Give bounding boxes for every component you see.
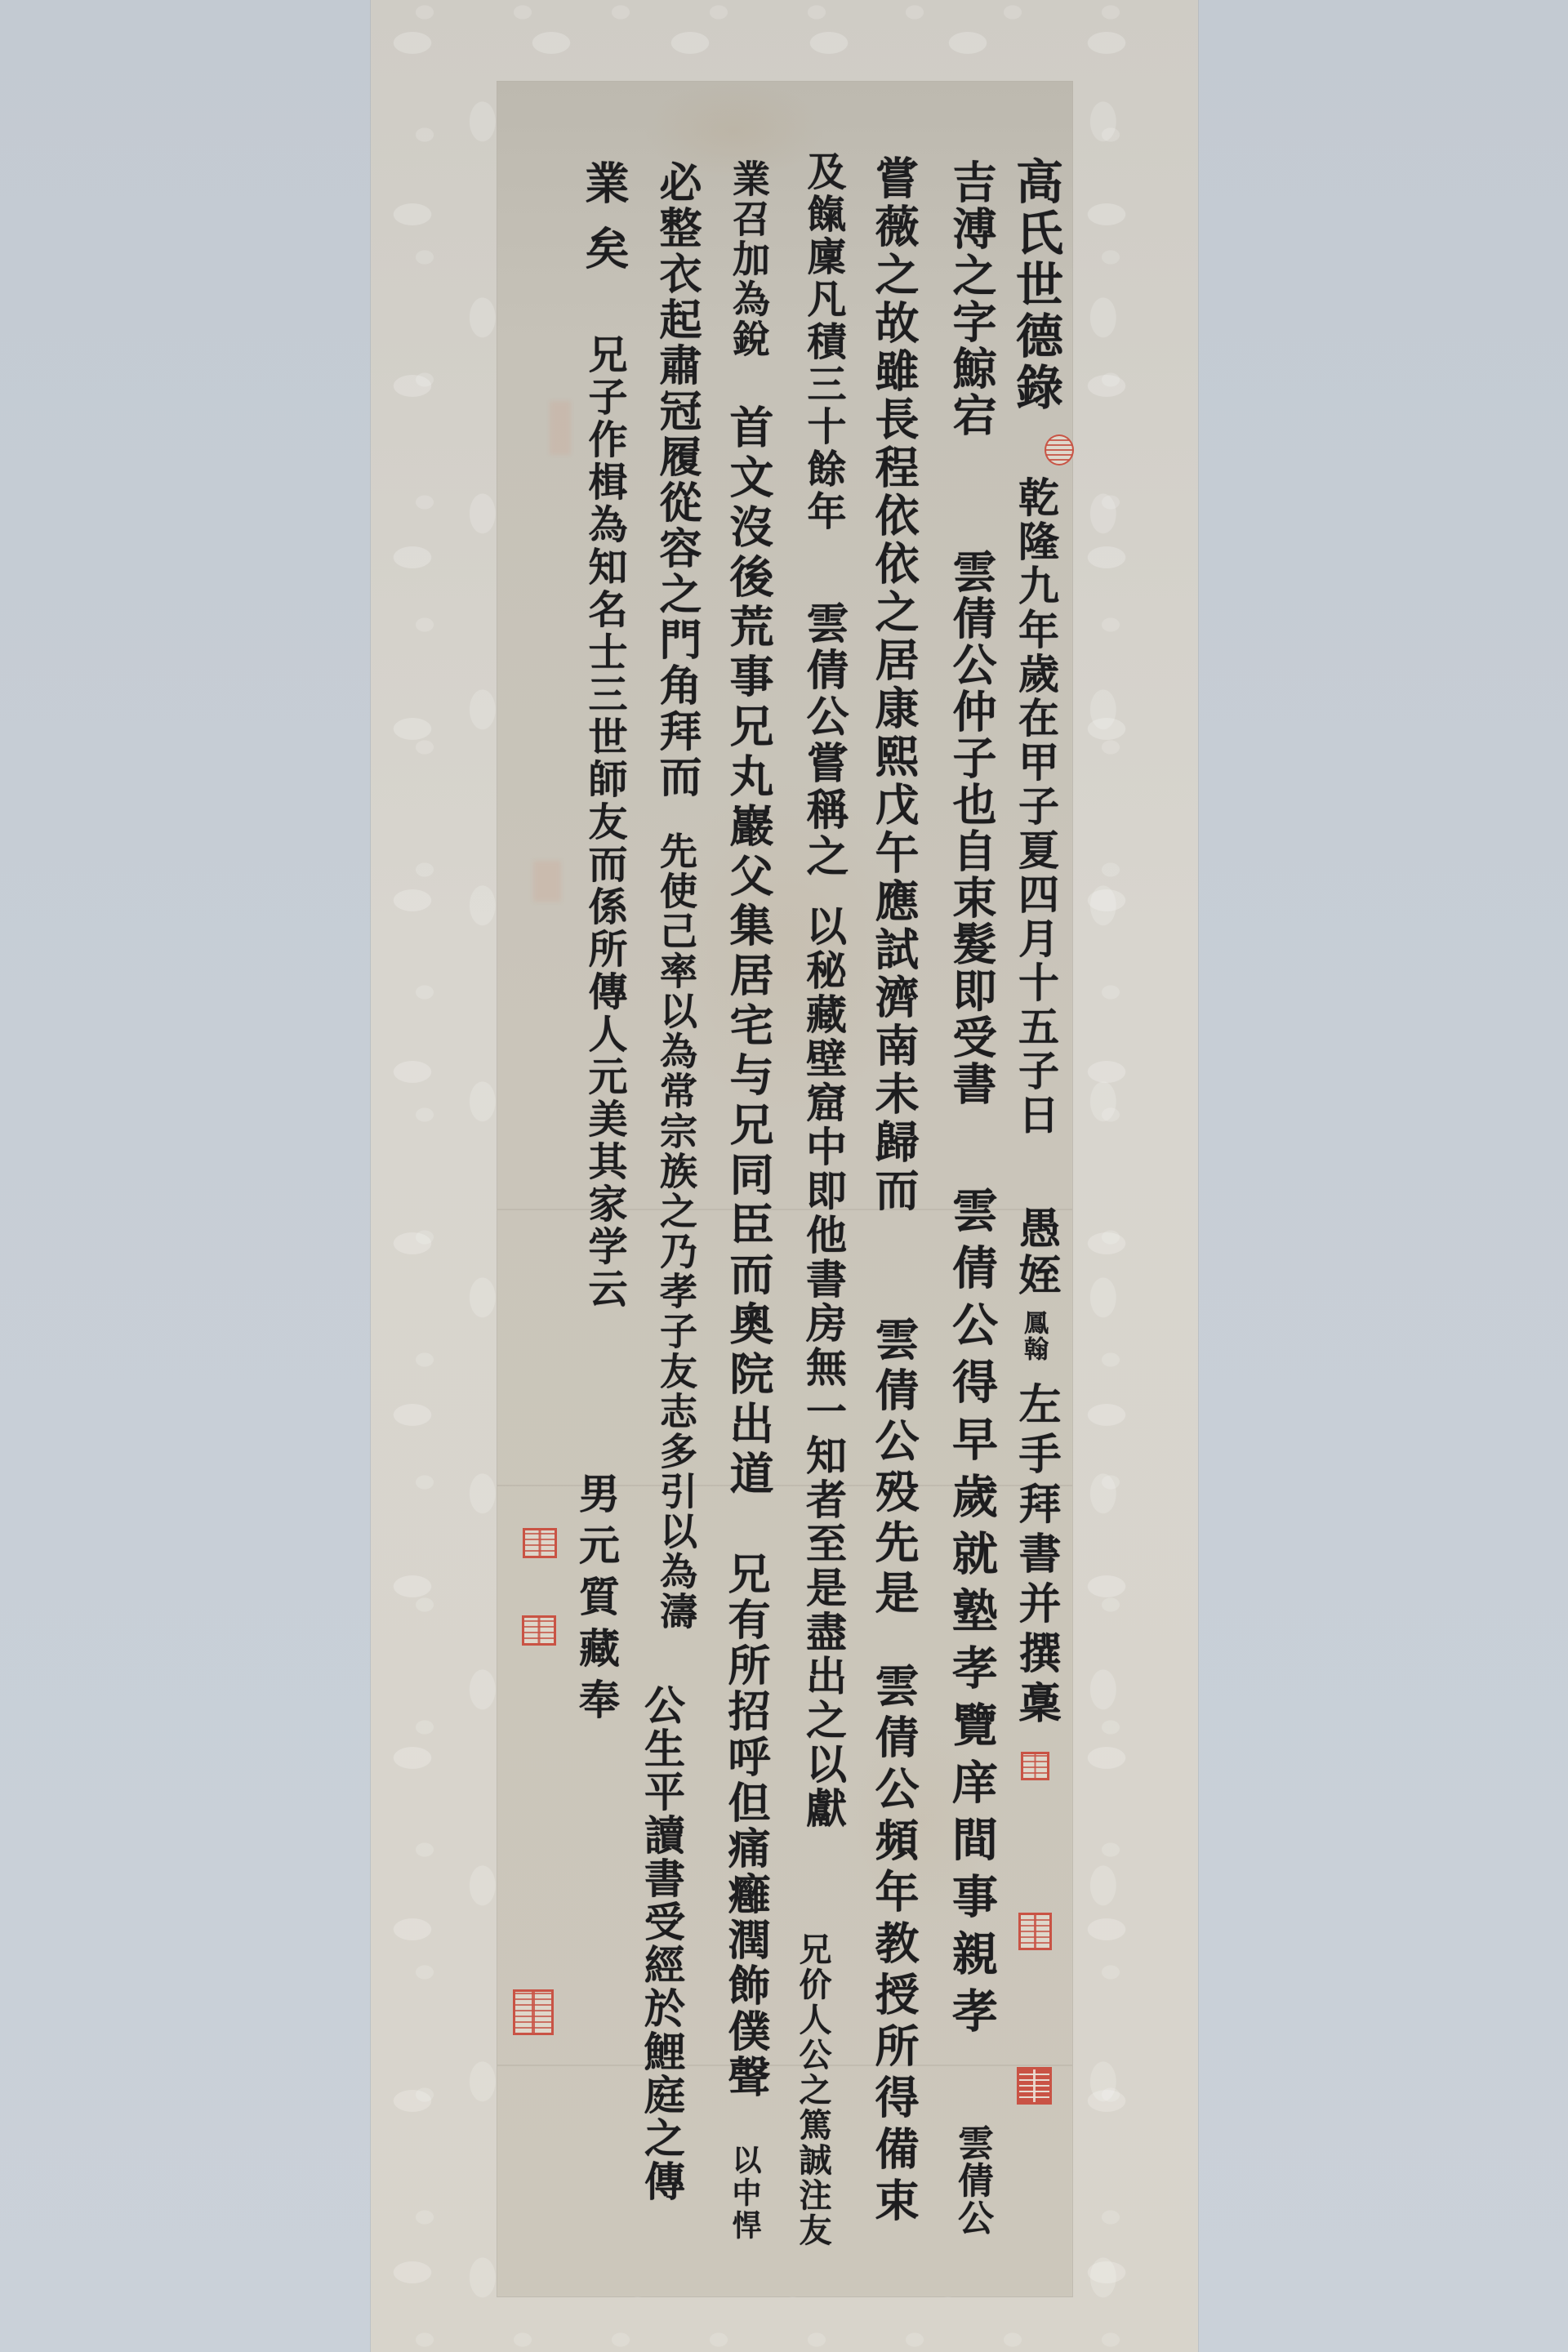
column-1-author-relation: 愚姪 [1014,1206,1057,1299]
column-1-author-name-small: 鳳翰 [1021,1310,1045,1362]
colophon-seal-2 [522,1615,556,1646]
column-6-segment-3: 公生平讀書受經於鯉庭之傳 [641,1684,682,2203]
column-6-segment-2: 先使己率以為常宗族之乃孝子友志多引以為濤 [657,831,695,1632]
column-5-segment-4-small: 以中悍 [730,2145,759,2243]
column-1-signature-line: 左手拜書并撰稾 [1014,1382,1057,1731]
column-3-segment-1: 嘗薇之故雖長程依依之居康熙戊午應試濟南未歸而 [872,155,916,1215]
column-2-segment-3: 雲倩公得早歲就塾孝覽庠間事親孝 [949,1187,995,2044]
column-1-date-line: 乾隆九年歲在甲子夏四月十五子日 [1015,476,1056,1138]
column-4-segment-3: 以秘藏壁窟中即他書房無一知者至是盡出之以獻 [803,905,844,1831]
column-7-segment-1: 業矣 [582,160,626,291]
column-2-segment-4: 雲倩公 [954,2124,990,2237]
column-3-segment-3: 雲倩公頻年教授所得備束 [872,1663,916,2229]
column-7-segment-2: 兄子作楫為知名士三世師友而係所傳人元美其家学云 [585,334,624,1311]
column-2-segment-1: 吉溥之字鯨宕 [950,159,994,439]
collector-seal [513,1989,554,2035]
column-3-segment-2: 雲倩公殁先是 [872,1316,916,1620]
seal-below-signature-3 [1017,2067,1052,2105]
column-4-segment-4: 兄价人公之篤誠注友 [796,1932,829,2248]
faded-seal-offset [533,861,561,902]
colophon-seal-1 [523,1528,557,1558]
seal-below-signature-1 [1021,1752,1049,1780]
column-2-segment-2: 雲倩公仲子也自束髮即受書 [950,549,994,1107]
seal-below-signature-2 [1018,1913,1052,1950]
round-seal-after-title [1045,434,1074,465]
colophon: 男元質藏奉 [576,1472,617,1730]
column-6-segment-1: 必整衣起肅冠履從容之門角拜而 [655,160,697,800]
column-5-segment-2: 首文沒後荒事兄丸巖父集居宅与兄同臣而奧院出道 [727,404,771,1500]
column-4-segment-1: 及餼廩凡積三十餘年 [804,151,843,533]
paper-crease [497,2065,1072,2066]
column-5-segment-1: 業召加為銳 [730,159,768,359]
column-5-segment-3: 兄有所招呼但痛癰潤飾僕聲 [724,1552,766,2100]
scroll-title: 高氏世德錄 [1012,157,1059,414]
faded-seal-offset [550,401,571,455]
column-4-segment-2: 雲倩公嘗稱之 [802,601,844,880]
